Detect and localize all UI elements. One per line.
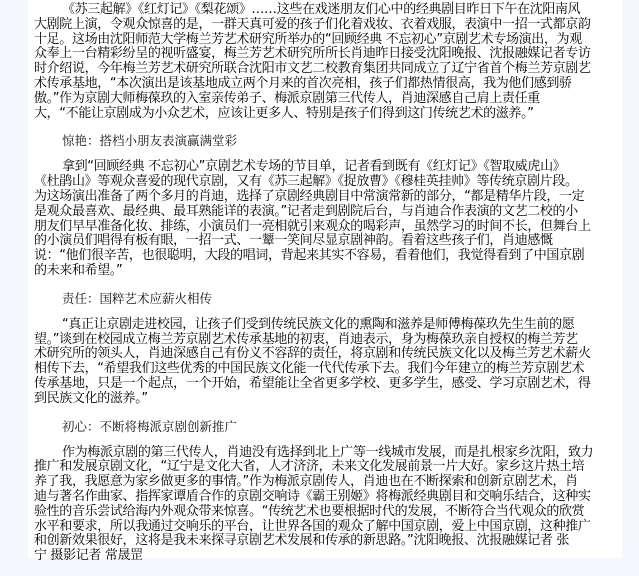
text-line: 迪与著名作曲家、指挥家谭盾合作的京剧交响诗《霸王别姬》将梅派经典剧目和交响乐结合…: [34, 490, 614, 505]
text-line: 《杜鹃山》等观众喜爱的现代京剧，又有《苏三起解》《捉放曹》《穆桂英挂帅》等传统京…: [34, 175, 614, 190]
text-line: 时介绍说，今年梅兰芳艺术研究所联合沈阳市文艺二校教育集团共同成立了辽宁省首个梅兰…: [34, 62, 614, 77]
text-line: 傲。”作为京剧大师梅葆玖的入室亲传弟子、梅派京剧第三代传人，肖迪深感自己肩上责任…: [34, 92, 614, 107]
text-line: 众奉上一台精彩纷呈的视听盛宴，梅兰芳艺术研究所所长肖迪昨日接受沈阳晚报、沈报融媒…: [34, 47, 614, 62]
text-line: 验性的音乐尝试给海内外观众带来惊喜。“传统艺术也要根据时代的发展，不断符合当代观…: [34, 505, 614, 520]
text-line: 的未来和希望。”: [34, 264, 614, 279]
text-line: 到民族文化的滋养。”: [34, 392, 614, 407]
text-line: 术研究所的领头人，肖迪深感自己有份义不容辞的责任，将京剧和传统民族文化以及梅兰芳…: [34, 347, 614, 362]
article-page: 《苏三起解》《红灯记》《梨花颂》……这些在戏迷朋友们心中的经典剧目昨日下午在沈阳…: [28, 0, 622, 558]
text-line: 传承基地，只是一个起点，一个开始，希望能让全省更多学校、更多学生，感受、学习京剧…: [34, 377, 614, 392]
text-line: 术传承基地，“本次演出是该基地成立两个月来的首次亮相，孩子们都热情很高，我为他们…: [34, 77, 614, 92]
text-line: 的小演员们唱得有板有眼，一招一式、一颦一笑间尽显京剧神韵。看着这些孩子们，肖迪感…: [34, 234, 614, 249]
text-line: “真正让京剧走进校园，让孩子们受到传统民族文化的熏陶和滋养是师傅梅葆玖先生生前的…: [34, 318, 614, 333]
paragraph-performance: 拿到“回顾经典 不忘初心”京剧艺术专场的节目单，记者看到既有《红灯记》《智取威虎…: [34, 160, 614, 278]
text-line: 宁 摄影记者 常晟罡: [34, 549, 614, 558]
section-heading-amazing: 惊艳：搭档小朋友表演赢满堂彩: [34, 133, 614, 148]
text-line: 《苏三起解》《红灯记》《梨花颂》……这些在戏迷朋友们心中的经典剧目昨日下午在沈阳…: [34, 3, 614, 18]
text-line: 推广和发展京剧文化，“辽宁是文化大省，人才济济，未来文化发展前景一片大好。家乡这…: [34, 460, 614, 475]
text-line: 说：“他们很辛苦，也很聪明，大段的唱词，背起来其实不容易，看着他们，我觉得看到了…: [34, 249, 614, 264]
text-line: 为这场演出准备了两个多月的肖迪，选择了京剧经典剧目中常演常新的部分，“都是精华片…: [34, 190, 614, 205]
text-line: 大，“不能让京剧成为小众艺术，应该让更多人、特别是孩子们得到这门传统艺术的滋养。…: [34, 107, 614, 122]
text-line: 和创新效果很好，这将是我未来探寻京剧艺术发展和传承的新思路。”沈阳晚报、沈报融媒…: [34, 534, 614, 549]
text-line: 养了我，我愿意为家乡做更多的事情。”作为梅派京剧传人，肖迪也在不断探索和创新京剧…: [34, 475, 614, 490]
section-heading-responsibility: 责任：国粹艺术应薪火相传: [34, 291, 614, 306]
article-body: 《苏三起解》《红灯记》《梨花颂》……这些在戏迷朋友们心中的经典剧目昨日下午在沈阳…: [34, 3, 614, 558]
paragraph-innovation: 作为梅派京剧的第三代传人，肖迪没有选择到北上广等一线城市发展，而是扎根家乡沈阳，…: [34, 446, 614, 558]
paragraph-responsibility: “真正让京剧走进校园，让孩子们受到传统民族文化的熏陶和滋养是师傅梅葆玖先生生前的…: [34, 318, 614, 407]
text-line: 相传下去，“希望我们这些优秀的中国民族文化能一代代传承下去。我们今年建立的梅兰芳…: [34, 362, 614, 377]
section-heading-original-intent: 初心：不断将梅派京剧创新推广: [34, 419, 614, 434]
text-line: 大剧院上演，令观众惊喜的是，一群天真可爱的孩子们化着戏妆、衣着戏服，表演中一招一…: [34, 18, 614, 33]
text-line: 拿到“回顾经典 不忘初心”京剧艺术专场的节目单，记者看到既有《红灯记》《智取威虎…: [34, 160, 614, 175]
text-line: 是观众最喜欢、最经典、最耳熟能详的表演。”记者走到剧院后台，与肖迪合作表演的文艺…: [34, 205, 614, 220]
paragraph-intro: 《苏三起解》《红灯记》《梨花颂》……这些在戏迷朋友们心中的经典剧目昨日下午在沈阳…: [34, 3, 614, 121]
